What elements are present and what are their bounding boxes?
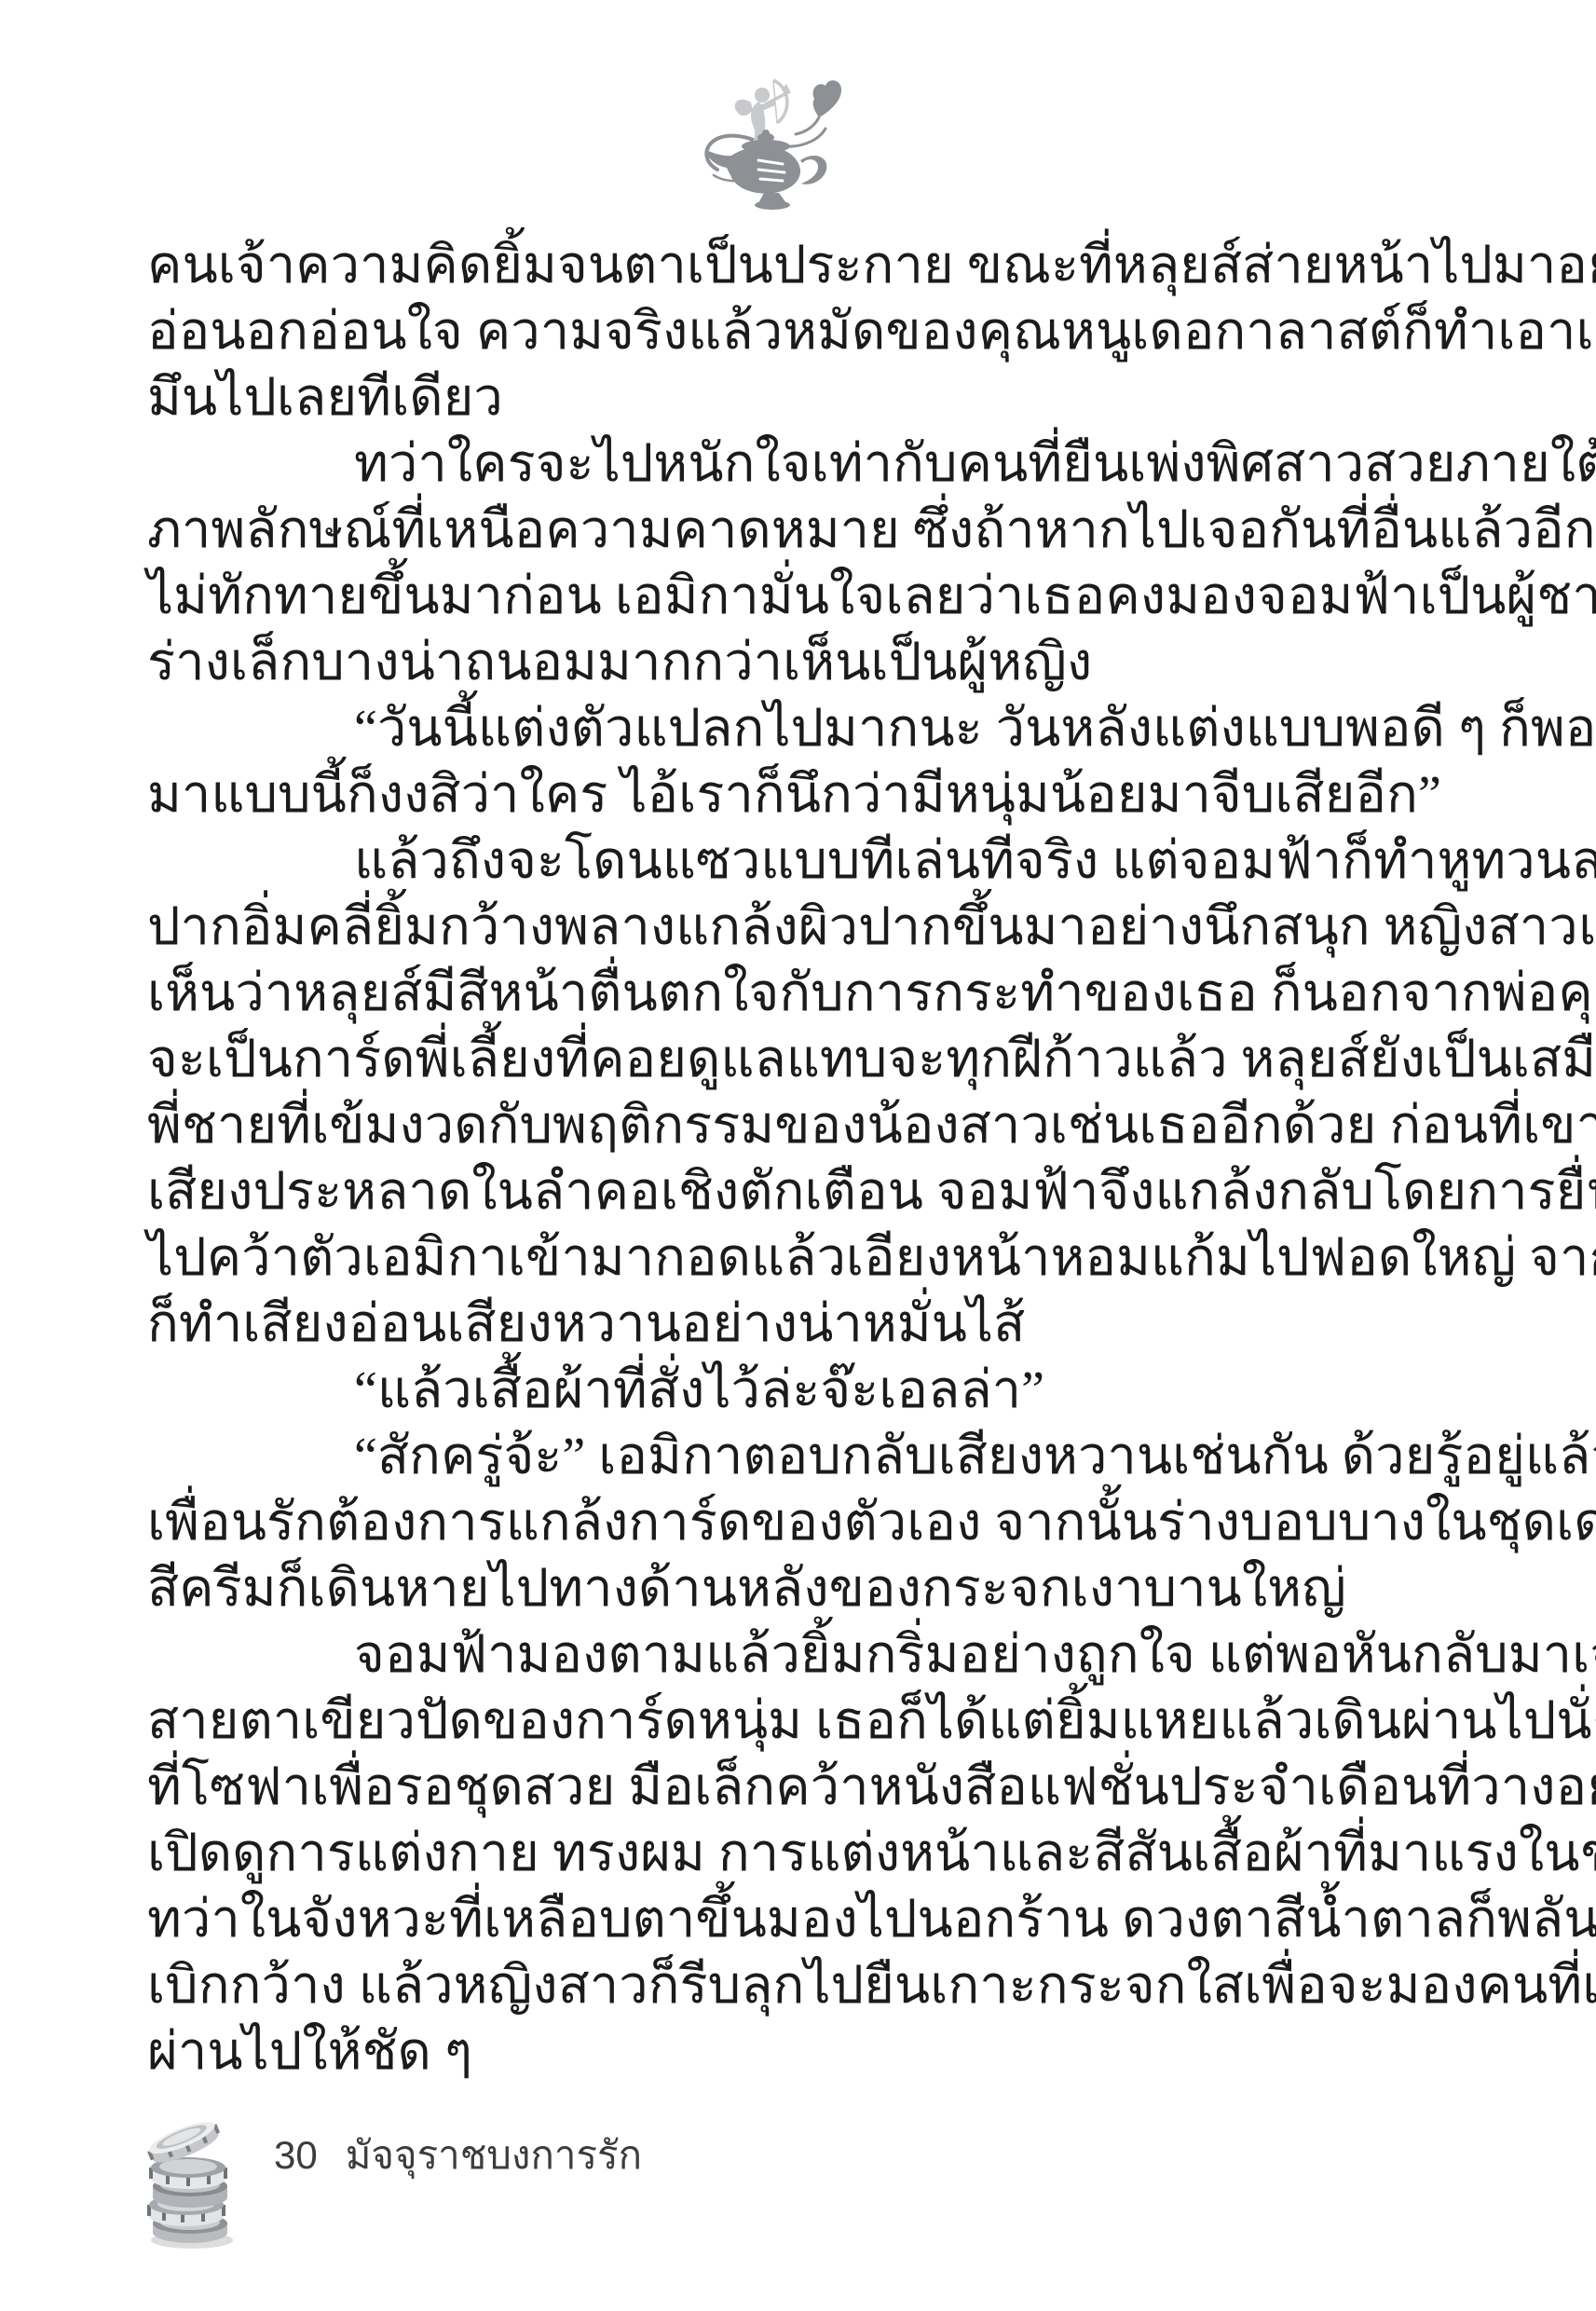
text-line: จะเป็นการ์ดพี่เลี้ยงที่คอยดูแลแทบจะทุกฝี… (147, 1027, 1442, 1093)
text-line: “สักครู่จ้ะ” เอมิกาตอบกลับเสียงหวานเช่นก… (147, 1424, 1442, 1490)
text-line: สายตาเขียวปัดของการ์ดหนุ่ม เธอก็ได้แต่ยิ… (147, 1689, 1442, 1755)
poker-chips-stack-icon (138, 2113, 242, 2251)
text-line: ผ่านไปให้ชัด ๆ (147, 2019, 1442, 2085)
text-line: มึนไปเลยทีเดียว (147, 365, 1442, 431)
text-line: ปากอิ่มคลี่ยิ้มกว้างพลางแกล้งผิวปากขึ้นม… (147, 895, 1442, 961)
text-line: ไม่ทักทายขึ้นมาก่อน เอมิกามั่นใจเลยว่าเธ… (147, 564, 1442, 630)
text-line: ภาพลักษณ์ที่เหนือความคาดหมาย ซึ่งถ้าหากไ… (147, 498, 1442, 564)
text-line: ที่โซฟาเพื่อรอชุดสวย มือเล็กคว้าหนังสือแ… (147, 1755, 1442, 1821)
page-number: 30 (274, 2132, 318, 2179)
text-line: ทว่าใครจะไปหนักใจเท่ากับคนที่ยืนเพ่งพิศส… (147, 431, 1442, 498)
text-line: ไปคว้าตัวเอมิกาเข้ามากอดแล้วเอียงหน้าหอม… (147, 1225, 1442, 1292)
body-text: คนเจ้าความคิดยิ้มจนตาเป็นประกาย ขณะที่หล… (147, 233, 1442, 2085)
text-line: จอมฟ้ามองตามแล้วยิ้มกริ่มอย่างถูกใจ แต่พ… (147, 1622, 1442, 1689)
text-line: “วันนี้แต่งตัวแปลกไปมากนะ วันหลังแต่งแบบ… (147, 696, 1442, 762)
text-line: เห็นว่าหลุยส์มีสีหน้าตื่นตกใจกับการกระทำ… (147, 961, 1442, 1027)
text-line: แล้วถึงจะโดนแซวแบบทีเล่นทีจริง แต่จอมฟ้า… (147, 828, 1442, 895)
book-page: คนเจ้าความคิดยิ้มจนตาเป็นประกาย ขณะที่หล… (0, 0, 1596, 2311)
text-line: “แล้วเสื้อผ้าที่สั่งไว้ล่ะจ๊ะเอลล่า” (147, 1358, 1442, 1424)
book-title: มัจจุราชบงการรัก (346, 2132, 642, 2179)
text-line: อ่อนอกอ่อนใจ ความจริงแล้วหมัดของคุณหนูเด… (147, 299, 1442, 365)
text-line: ร่างเล็กบางน่าถนอมมากกว่าเห็นเป็นผู้หญิง (147, 630, 1442, 696)
text-line: พี่ชายที่เข้มงวดกับพฤติกรรมของน้องสาวเช่… (147, 1093, 1442, 1159)
heart-icon (813, 80, 841, 117)
text-line: ก็ทำเสียงอ่อนเสียงหวานอย่างน่าหมั่นไส้ (147, 1292, 1442, 1358)
text-line: มาแบบนี้ก็งงสิว่าใคร ไอ้เราก็นึกว่ามีหนุ… (147, 762, 1442, 828)
text-line: เพื่อนรักต้องการแกล้งการ์ดของตัวเอง จากน… (147, 1490, 1442, 1556)
cupid-genie-lamp-ornament (704, 78, 844, 218)
text-line: ทว่าในจังหวะที่เหลือบตาขึ้นมองไปนอกร้าน … (147, 1887, 1442, 1953)
text-line: เบิกกว้าง แล้วหญิงสาวก็รีบลุกไปยืนเกาะกร… (147, 1953, 1442, 2019)
text-line: เสียงประหลาดในลำคอเชิงตักเตือน จอมฟ้าจึง… (147, 1159, 1442, 1225)
text-line: เปิดดูการแต่งกาย ทรงผม การแต่งหน้าและสีส… (147, 1821, 1442, 1887)
text-line: สีครีมก็เดินหายไปทางด้านหลังของกระจกเงาบ… (147, 1556, 1442, 1622)
text-line: คนเจ้าความคิดยิ้มจนตาเป็นประกาย ขณะที่หล… (147, 233, 1442, 299)
footer: 30 มัจจุราชบงการรัก (138, 2113, 642, 2251)
